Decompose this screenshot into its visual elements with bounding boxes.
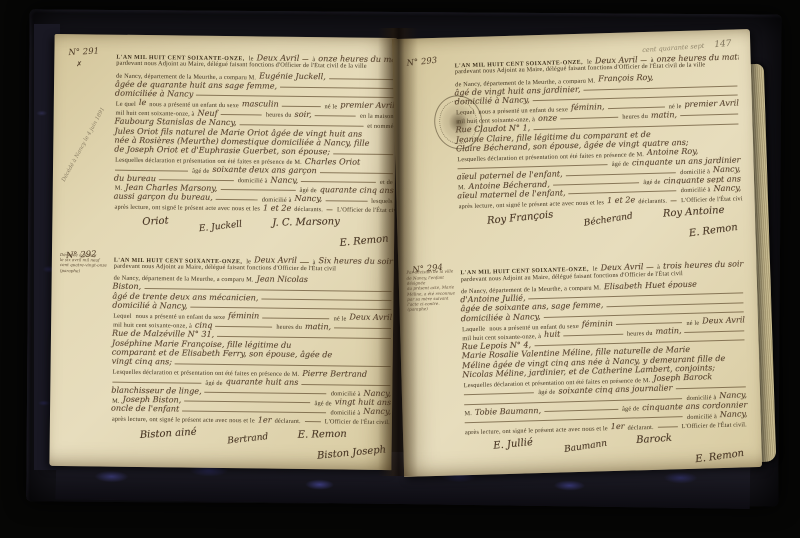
record-291: N° 291✗Décédé à Nancy le 4 juin 1891L'AN… [112, 51, 396, 247]
signature: Biston ainé [140, 426, 197, 440]
signature: Barock [636, 433, 672, 446]
left-page-content: N° 291✗Décédé à Nancy le 4 juin 1891L'AN… [49, 34, 396, 470]
record-number: N° 293 [406, 56, 437, 69]
signatures-block: OriotE. JuckellJ. C. MarsonyE. Remon [112, 210, 394, 246]
record-293: N° 293L'AN MIL HUIT CENT SOIXANTE-ONZE,l… [453, 51, 744, 242]
signature: Baumann [563, 439, 607, 455]
left-page: N° 291✗Décédé à Nancy le 4 juin 1891L'AN… [49, 34, 396, 470]
signatures-block: Biston ainéBertrandE. RemonBiston Joseph [110, 422, 392, 458]
margin-note: Décédée à Nancy le six avril mil neuf ce… [60, 252, 110, 274]
folio-pencil-note: cent quarante sept [642, 42, 705, 54]
signature: E. Remon [298, 428, 347, 440]
signature: Biston Joseph [316, 445, 386, 462]
signature: E. Remon [688, 222, 738, 239]
record-294: N° 294Par décision de la ville de Nancy,… [458, 259, 750, 469]
margin-note: Décédé à Nancy le 4 juin 1891 [61, 107, 107, 184]
record-292: N° 292Décédée à Nancy le six avril mil n… [110, 253, 394, 458]
record-number: N° 291 [68, 46, 99, 58]
signature: Roy François [487, 210, 554, 227]
right-page: N° 293L'AN MIL HUIT CENT SOIXANTE-ONZE,l… [392, 29, 762, 477]
signature: E. Juckell [199, 219, 243, 234]
margin-note: Par décision de la ville de Nancy, l'enf… [406, 269, 456, 313]
register-book-photo: N° 291✗Décédé à Nancy le 4 juin 1891L'AN… [0, 0, 800, 538]
folio-number: 147 [714, 39, 732, 50]
signature: E. Jullié [493, 437, 534, 452]
signature: E. Remon [339, 234, 389, 249]
signature: Bertrand [227, 432, 269, 446]
signature: Roy Antoine [662, 205, 724, 220]
signature: Oriot [142, 215, 169, 227]
cross-mark-icon: ✗ [76, 60, 82, 68]
signature: E. Remon [695, 448, 745, 465]
signature: Bécherand [584, 212, 634, 229]
signature: J. C. Marsony [272, 216, 340, 229]
